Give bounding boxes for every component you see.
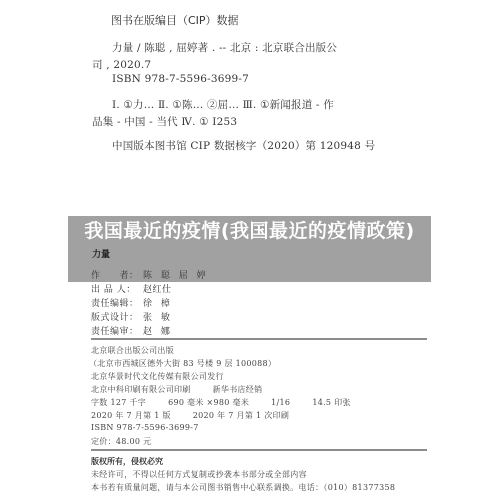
credit-designer: 版式设计：张 敏 — [91, 310, 173, 323]
cip-line-6: 中国版本图书馆 CIP 数据核字（2020）第 120948 号 — [112, 138, 375, 153]
cip-line-isbn: ISBN 978-7-5596-3699-7 — [112, 73, 249, 85]
credit-key: 责任编辑： — [91, 296, 143, 309]
isbn-line: ISBN 978-7-5596-3699-7 — [91, 423, 199, 432]
distributor-line: 北京华景时代文化传媒有限公司发行 — [91, 371, 224, 382]
cip-line-5: 品集 - 中国 - 当代 Ⅳ. ① I253 — [92, 114, 237, 129]
sheets: 14.5 印张 — [312, 398, 350, 407]
price-line: 定价：48.00 元 — [91, 436, 151, 447]
overlay-title: 我国最近的疫情(我国最近的疫情政策) — [68, 218, 431, 244]
cip-line-4: Ⅰ. ①力… Ⅱ. ①陈… ②屈… Ⅲ. ①新闻报道 - 作 — [112, 97, 334, 112]
seller: 新华书店经销 — [213, 385, 263, 394]
cip-line-2: 司 , 2020.7 — [92, 57, 151, 72]
divider-top — [91, 338, 427, 340]
specs-line: 字数 127 千字690 毫米 ×980 毫米1/1614.5 印张 — [91, 397, 351, 408]
rights-line-2: 本书若有质量问题，请与本公司图书销售中心联系调换。电话：（010）8137735… — [91, 482, 395, 493]
edition: 2020 年 7 月第 1 版 — [91, 411, 171, 420]
credit-key: 作 者： — [91, 268, 143, 281]
printer: 北京中科印刷有限公司印刷 — [91, 385, 191, 394]
credit-value: 徐 樟 — [143, 299, 173, 309]
credit-editor: 责任编辑：徐 樟 — [91, 296, 173, 309]
publisher-line: 北京联合出版公司出版 — [91, 345, 174, 356]
divider-bottom — [91, 449, 427, 451]
credit-value: 陈 聪 屈 婷 — [143, 271, 209, 281]
credit-key: 出 品 人： — [91, 282, 143, 295]
credit-key: 版式设计： — [91, 310, 143, 323]
credit-reviewer: 责任编审：赵 娜 — [91, 324, 173, 337]
cip-heading: 图书在版编目（CIP）数据 — [111, 12, 239, 28]
printer-line: 北京中科印刷有限公司印刷新华书店经销 — [91, 384, 262, 395]
printing: 2020 年 7 月第 1 次印刷 — [193, 411, 289, 420]
credit-producer: 出 品 人：赵红仕 — [91, 282, 172, 295]
credit-value: 赵红仕 — [143, 285, 172, 295]
cip-line-1: 力量 / 陈聪 , 屈婷著 . -- 北京 : 北京联合出版公 — [112, 40, 337, 55]
credit-value: 张 敏 — [143, 313, 173, 323]
edition-line: 2020 年 7 月第 1 版2020 年 7 月第 1 次印刷 — [91, 410, 289, 421]
rights-line-1: 未经许可，不得以任何方式复制或抄袭本书部分或全部内容 — [91, 469, 307, 480]
credit-key: 责任编审： — [91, 324, 143, 337]
folio: 1/16 — [271, 398, 290, 407]
book-title: 力量 — [92, 247, 110, 260]
credit-value: 赵 娜 — [143, 327, 173, 337]
format: 690 毫米 ×980 毫米 — [168, 398, 249, 407]
credit-author: 作 者：陈 聪 屈 婷 — [91, 268, 209, 281]
rights-title: 版权所有，侵权必究 — [91, 456, 163, 467]
address-line: （北京市西城区德外大街 83 号楼 9 层 100088） — [89, 358, 276, 369]
word-count: 字数 127 千字 — [91, 398, 146, 407]
